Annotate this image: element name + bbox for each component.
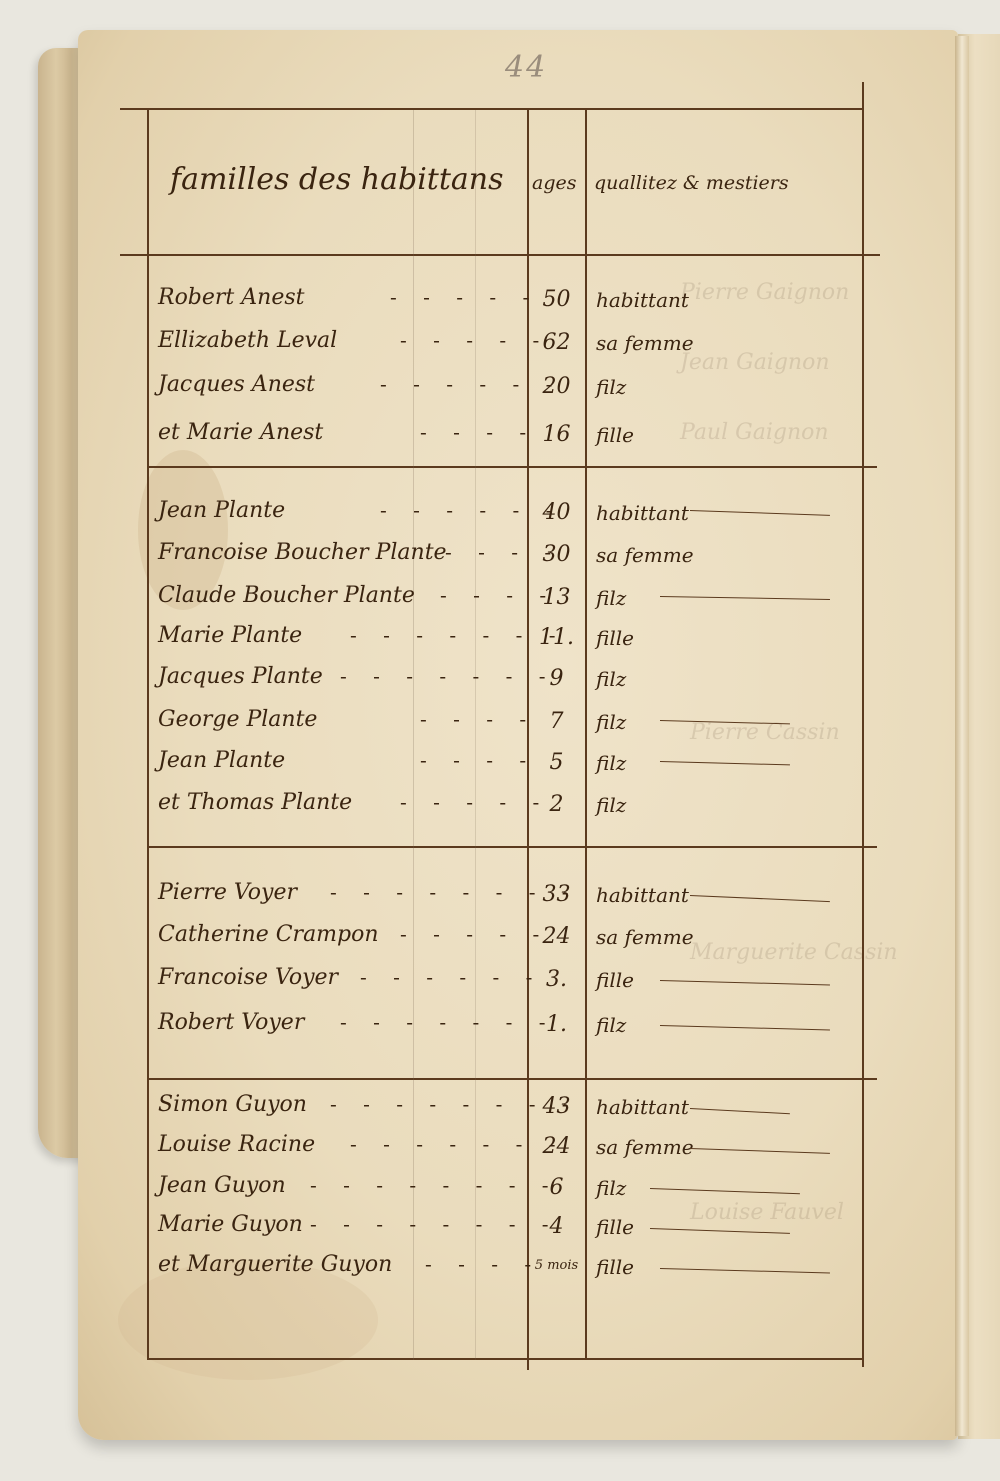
person-age: 1. — [528, 1012, 585, 1037]
header-ages: ages — [532, 172, 577, 194]
person-role: sa femme — [596, 1135, 694, 1159]
table-left-rule — [147, 108, 149, 1360]
bleed-through-text: Louise Fauvel — [690, 1200, 844, 1225]
person-name: Jean Plante — [158, 498, 285, 523]
person-role: fille — [596, 626, 634, 650]
person-age: 50 — [528, 287, 585, 312]
person-age: 5 — [528, 750, 585, 775]
family-divider-rule — [147, 846, 877, 848]
leader-dots: - - - - - - — [360, 965, 542, 989]
person-age: 43 — [528, 1094, 585, 1119]
leader-dots: - - - - - — [400, 790, 549, 814]
header-families: familles des habittans — [170, 162, 504, 197]
book-fold — [955, 36, 969, 1436]
table-bottom-rule — [147, 1358, 862, 1360]
person-name: Louise Racine — [158, 1132, 315, 1157]
leader-dots: - - - - - — [400, 922, 549, 946]
person-role: filz — [596, 710, 626, 734]
person-role: filz — [596, 1176, 626, 1200]
family-divider-rule — [147, 1078, 877, 1080]
person-age: 6 — [528, 1175, 585, 1200]
person-name: et Marie Anest — [158, 420, 323, 445]
water-stain — [118, 1260, 378, 1380]
person-name: Simon Guyon — [158, 1092, 307, 1117]
person-role: fille — [596, 968, 634, 992]
leader-dots: - - - - - - - — [340, 664, 555, 688]
person-name: Robert Voyer — [158, 1010, 304, 1035]
person-role: fille — [596, 1255, 634, 1279]
table-right-rule — [862, 82, 864, 1367]
person-name: Pierre Voyer — [158, 880, 297, 905]
person-name: Claude Boucher Plante — [158, 583, 415, 608]
person-age: 13 — [528, 585, 585, 610]
table-top-rule — [120, 108, 862, 110]
leader-dots: - - - - — [420, 420, 536, 444]
person-age: 33 — [528, 882, 585, 907]
bleed-through-text: Pierre Gaignon — [680, 280, 849, 305]
person-role: sa femme — [596, 331, 694, 355]
person-name: Catherine Crampon — [158, 922, 379, 947]
person-role: habittant — [596, 501, 689, 525]
person-age: 11. — [528, 625, 585, 650]
person-age: 3. — [528, 967, 585, 992]
person-age: 16 — [528, 422, 585, 447]
person-role: sa femme — [596, 925, 694, 949]
family-divider-rule — [147, 466, 877, 468]
person-name: Jean Plante — [158, 748, 285, 773]
person-name: Marie Plante — [158, 623, 302, 648]
person-age: 24 — [528, 924, 585, 949]
person-role: fille — [596, 423, 634, 447]
person-age: 7 — [528, 709, 585, 734]
folio-number: 44 — [505, 50, 547, 85]
leader-dots: - - - - - - - — [340, 1010, 555, 1034]
person-name: et Thomas Plante — [158, 790, 352, 815]
person-name: Jacques Anest — [158, 372, 315, 397]
person-name: Francoise Voyer — [158, 965, 338, 990]
person-age: 30 — [528, 542, 585, 567]
column-rule-qualities — [585, 110, 587, 1360]
bleed-through-text: Paul Gaignon — [680, 420, 829, 445]
leader-dots: - - - - - - - - — [310, 1212, 559, 1236]
person-role: habittant — [596, 288, 689, 312]
header-qualities: quallitez & mestiers — [594, 172, 789, 194]
person-role: habittant — [596, 1095, 689, 1119]
bleed-through-text: Jean Gaignon — [680, 350, 830, 375]
leader-dots: - - - - — [425, 1252, 541, 1276]
leader-dots: - - - - - — [400, 328, 549, 352]
leader-dots: - - - - - - - - — [310, 1173, 559, 1197]
person-name: et Marguerite Guyon — [158, 1252, 392, 1277]
leader-dots: - - - - — [420, 748, 536, 772]
person-role: fille — [596, 1215, 634, 1239]
person-role: filz — [596, 1013, 626, 1037]
person-age: 20 — [528, 374, 585, 399]
person-age: 9 — [528, 666, 585, 691]
header-bottom-rule — [120, 254, 880, 256]
person-role: filz — [596, 793, 626, 817]
person-name: Marie Guyon — [158, 1212, 303, 1237]
leader-dots: - - - - — [420, 707, 536, 731]
person-age: 4 — [528, 1214, 585, 1239]
person-age: 40 — [528, 500, 585, 525]
person-role: filz — [596, 667, 626, 691]
person-role: filz — [596, 586, 626, 610]
leader-dots: - - - - - — [390, 285, 539, 309]
person-name: Francoise Boucher Plante — [158, 540, 447, 565]
person-role: filz — [596, 751, 626, 775]
person-role: filz — [596, 375, 626, 399]
person-role: sa femme — [596, 543, 694, 567]
person-name: Jean Guyon — [158, 1173, 286, 1198]
person-age: 2 — [528, 792, 585, 817]
person-role: habittant — [596, 883, 689, 907]
person-name: George Plante — [158, 707, 317, 732]
person-age: 62 — [528, 330, 585, 355]
person-name: Robert Anest — [158, 285, 304, 310]
person-age: 24 — [528, 1134, 585, 1159]
person-age: 5 mois — [528, 1258, 585, 1273]
bleed-through-text: Marguerite Cassin — [690, 940, 898, 965]
person-name: Ellizabeth Leval — [158, 328, 337, 353]
person-name: Jacques Plante — [158, 664, 323, 689]
